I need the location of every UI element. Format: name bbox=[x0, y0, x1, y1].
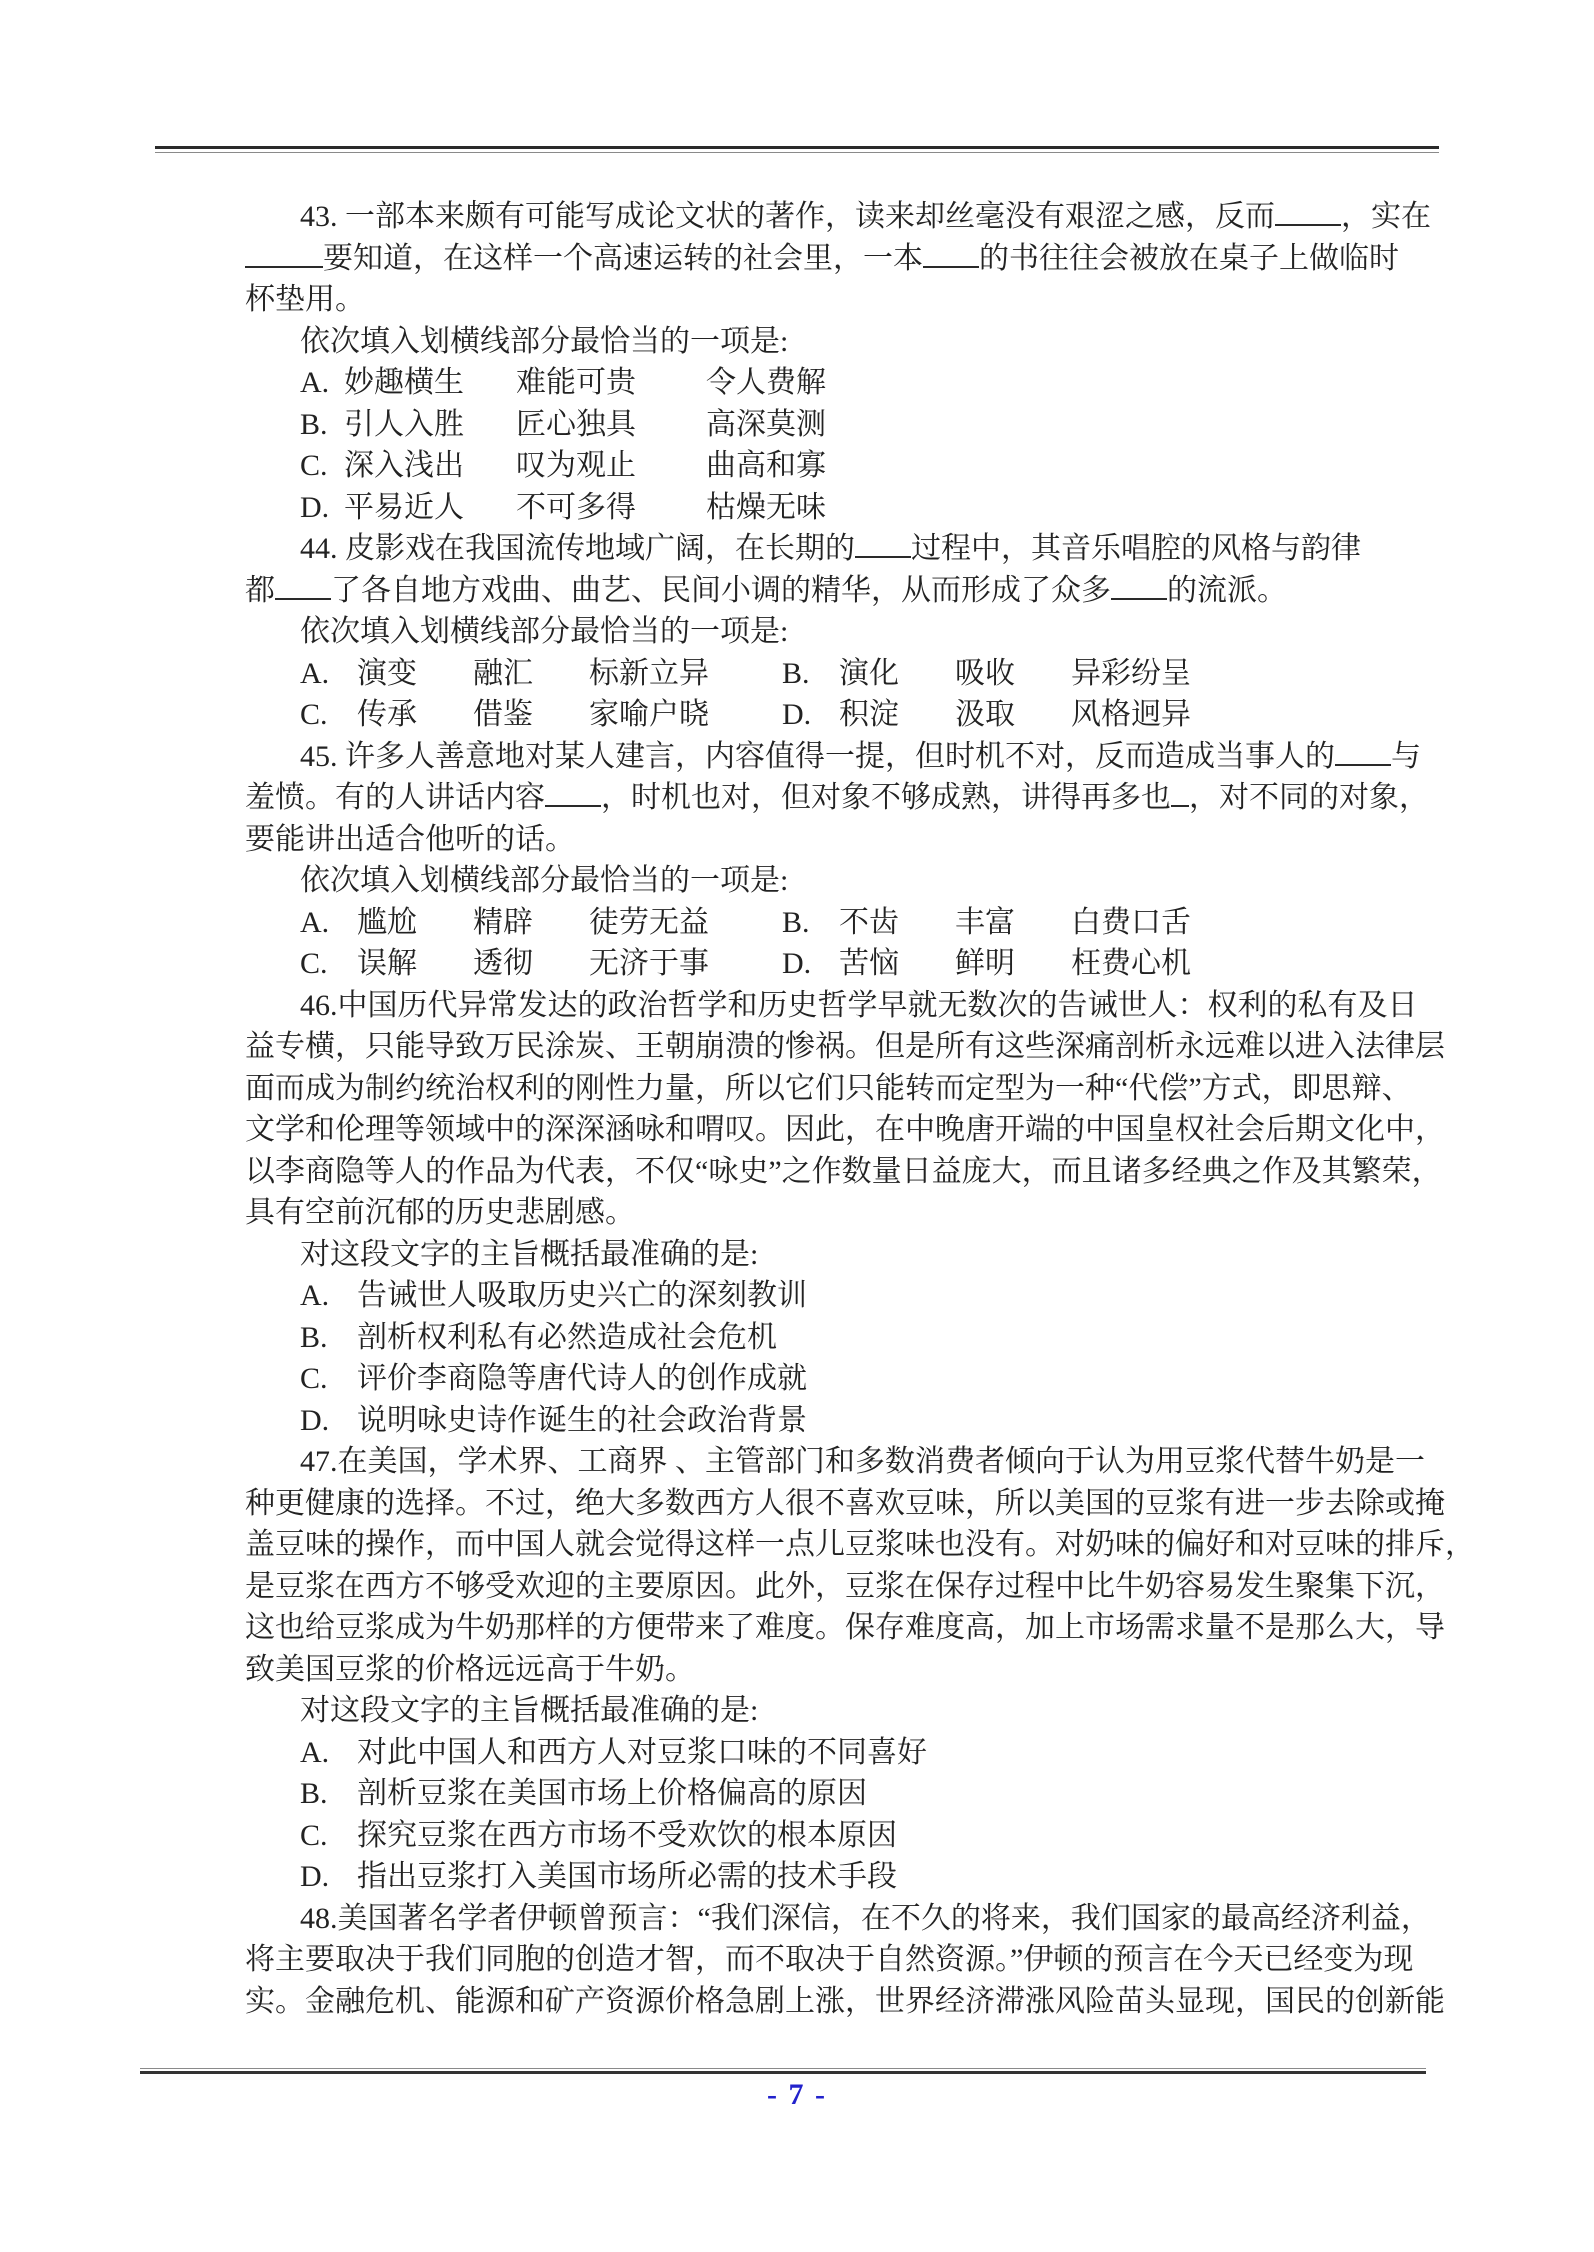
q43-line-1: 43. 一部本来颇有可能写成论文状的著作，读来却丝毫没有艰涩之感，反而，实在 bbox=[245, 196, 1445, 238]
option-label: C. bbox=[300, 1358, 357, 1400]
q46-option-a: A.告诫世人吸取历史兴亡的深刻教训 bbox=[245, 1275, 1445, 1317]
blank-underline bbox=[1335, 738, 1391, 766]
q47-option-b: B.剖析豆浆在美国市场上价格偏高的原因 bbox=[245, 1773, 1445, 1815]
option-term: 鲜明 bbox=[955, 943, 1071, 985]
text-segment: 具有空前沉郁的历史悲剧感。 bbox=[245, 1196, 635, 1229]
q44-prompt: 依次填入划横线部分最恰当的一项是: bbox=[245, 611, 1445, 653]
text-segment: ，实在 bbox=[1341, 200, 1431, 233]
blank-underline bbox=[923, 240, 979, 268]
blank-underline bbox=[1275, 198, 1341, 226]
blank-underline bbox=[1111, 572, 1167, 600]
q45-prompt: 依次填入划横线部分最恰当的一项是: bbox=[245, 860, 1445, 902]
option-term: 妙趣横生 bbox=[344, 362, 516, 404]
option-text: 剖析权利私有必然造成社会危机 bbox=[357, 1321, 777, 1354]
option-term: 不可多得 bbox=[516, 487, 706, 529]
header-rule bbox=[155, 146, 1439, 153]
prompt-text: 依次填入划横线部分最恰当的一项是: bbox=[300, 864, 788, 897]
option-term: 枉费心机 bbox=[1071, 947, 1191, 980]
q46-line-3: 面而成为制约统治权利的刚性力量，所以它们只能转而定型为一种“代偿”方式，即思辩、 bbox=[245, 1068, 1445, 1110]
blank-underline bbox=[275, 572, 331, 600]
option-label: D. bbox=[782, 943, 839, 985]
option-term: 匠心独具 bbox=[516, 404, 706, 446]
q44-line-1: 44. 皮影戏在我国流传地域广阔，在长期的过程中，其音乐唱腔的风格与韵律 bbox=[245, 528, 1445, 570]
text-segment: 要知道，在这样一个高速运转的社会里，一本 bbox=[323, 242, 923, 275]
option-label: C. bbox=[300, 694, 357, 736]
option-term: 徒劳无益 bbox=[589, 902, 782, 944]
option-label: B. bbox=[300, 404, 344, 446]
prompt-text: 对这段文字的主旨概括最准确的是: bbox=[300, 1238, 758, 1271]
option-term: 尴尬 bbox=[357, 902, 473, 944]
q46-line-5: 以李商隐等人的作品为代表，不仅“咏史”之作数量日益庞大，而且诸多经典之作及其繁荣… bbox=[245, 1151, 1445, 1193]
option-label: C. bbox=[300, 943, 357, 985]
text-segment: 43. 一部本来颇有可能写成论文状的著作，读来却丝毫没有艰涩之感，反而 bbox=[300, 200, 1275, 233]
q44-options-row-2: C.传承借鉴家喻户晓D.积淀汲取风格迥异 bbox=[245, 694, 1445, 736]
option-label: A. bbox=[300, 902, 357, 944]
option-term: 吸收 bbox=[955, 653, 1071, 695]
q43-line-3: 杯垫用。 bbox=[245, 279, 1445, 321]
text-segment: 都 bbox=[245, 574, 275, 607]
text-segment: 盖豆味的操作，而中国人就会觉得这样一点儿豆浆味也没有。对奶味的偏好和对豆味的排斥… bbox=[245, 1528, 1475, 1561]
q47-prompt: 对这段文字的主旨概括最准确的是: bbox=[245, 1690, 1445, 1732]
option-term: 高深莫测 bbox=[706, 408, 826, 441]
option-term: 误解 bbox=[357, 943, 473, 985]
option-term: 白费口舌 bbox=[1071, 906, 1191, 939]
q43-option-b: B.引人入胜匠心独具高深莫测 bbox=[245, 404, 1445, 446]
option-term: 演化 bbox=[839, 653, 955, 695]
text-segment: 的流派。 bbox=[1167, 574, 1287, 607]
q45-options-row-1: A.尴尬精辟徒劳无益B.不齿丰富白费口舌 bbox=[245, 902, 1445, 944]
q46-prompt: 对这段文字的主旨概括最准确的是: bbox=[245, 1234, 1445, 1276]
option-label: A. bbox=[300, 362, 344, 404]
option-term: 演变 bbox=[357, 653, 473, 695]
option-term: 汲取 bbox=[955, 694, 1071, 736]
text-segment: 的书往往会被放在桌子上做临时 bbox=[979, 242, 1399, 275]
option-text: 对此中国人和西方人对豆浆口味的不同喜好 bbox=[357, 1736, 927, 1769]
option-text: 探究豆浆在西方市场不受欢饮的根本原因 bbox=[357, 1819, 897, 1852]
q47-line-2: 种更健康的选择。不过，绝大多数西方人很不喜欢豆味，所以美国的豆浆有进一步去除或掩 bbox=[245, 1483, 1445, 1525]
option-term: 曲高和寡 bbox=[706, 449, 826, 482]
text-segment: 杯垫用。 bbox=[245, 283, 365, 316]
q47-line-5: 这也给豆浆成为牛奶那样的方便带来了难度。保存难度高，加上市场需求量不是那么大，导 bbox=[245, 1607, 1445, 1649]
q48-line-2: 将主要取决于我们同胞的创造才智，而不取决于自然资源。”伊顿的预言在今天已经变为现 bbox=[245, 1939, 1445, 1981]
option-term: 苦恼 bbox=[839, 943, 955, 985]
q46-line-4: 文学和伦理等领域中的深深涵咏和喟叹。因此，在中晚唐开端的中国皇权社会后期文化中， bbox=[245, 1109, 1445, 1151]
blank-underline bbox=[545, 779, 601, 807]
blank-underline bbox=[1171, 779, 1189, 807]
q46-line-6: 具有空前沉郁的历史悲剧感。 bbox=[245, 1192, 1445, 1234]
option-term: 精辟 bbox=[473, 902, 589, 944]
option-label: B. bbox=[782, 653, 839, 695]
q44-options-row-1: A.演变融汇标新立异B.演化吸收异彩纷呈 bbox=[245, 653, 1445, 695]
option-term: 家喻户晓 bbox=[589, 694, 782, 736]
q45-line-3: 要能讲出适合他听的话。 bbox=[245, 819, 1445, 861]
option-term: 融汇 bbox=[473, 653, 589, 695]
option-text: 说明咏史诗作诞生的社会政治背景 bbox=[357, 1404, 807, 1437]
q45-line-1: 45. 许多人善意地对某人建言，内容值得一提，但时机不对，反而造成当事人的与 bbox=[245, 736, 1445, 778]
text-segment: 种更健康的选择。不过，绝大多数西方人很不喜欢豆味，所以美国的豆浆有进一步去除或掩 bbox=[245, 1487, 1445, 1520]
q47-option-d: D.指出豆浆打入美国市场所必需的技术手段 bbox=[245, 1856, 1445, 1898]
option-term: 枯燥无味 bbox=[706, 491, 826, 524]
option-term: 异彩纷呈 bbox=[1071, 657, 1191, 690]
q47-option-a: A.对此中国人和西方人对豆浆口味的不同喜好 bbox=[245, 1732, 1445, 1774]
option-term: 令人费解 bbox=[706, 366, 826, 399]
option-text: 评价李商隐等唐代诗人的创作成就 bbox=[357, 1362, 807, 1395]
text-segment: 45. 许多人善意地对某人建言，内容值得一提，但时机不对，反而造成当事人的 bbox=[300, 740, 1335, 773]
text-segment: 47.在美国，学术界、工商界 、主管部门和多数消费者倾向于认为用豆浆代替牛奶是一 bbox=[300, 1445, 1425, 1478]
q47-option-c: C.探究豆浆在西方市场不受欢饮的根本原因 bbox=[245, 1815, 1445, 1857]
option-label: D. bbox=[300, 1856, 357, 1898]
q46-option-b: B.剖析权利私有必然造成社会危机 bbox=[245, 1317, 1445, 1359]
prompt-text: 依次填入划横线部分最恰当的一项是: bbox=[300, 325, 788, 358]
q48-line-3: 实。金融危机、能源和矿产资源价格急剧上涨，世界经济滞涨风险苗头显现，国民的创新能 bbox=[245, 1981, 1445, 2023]
option-label: D. bbox=[300, 487, 344, 529]
text-segment: 益专横，只能导致万民涂炭、王朝崩溃的惨祸。但是所有这些深痛剖析永远难以进入法律层 bbox=[245, 1030, 1445, 1063]
option-term: 引人入胜 bbox=[344, 404, 516, 446]
page-number: - 7 - bbox=[0, 2078, 1594, 2112]
text-segment: 是豆浆在西方不够受欢迎的主要原因。此外，豆浆在保存过程中比牛奶容易发生聚集下沉， bbox=[245, 1570, 1445, 1603]
option-term: 平易近人 bbox=[344, 487, 516, 529]
prompt-text: 依次填入划横线部分最恰当的一项是: bbox=[300, 615, 788, 648]
q46-line-1: 46.中国历代异常发达的政治哲学和历史哲学早就无数次的告诫世人：权利的私有及日 bbox=[245, 985, 1445, 1027]
option-label: B. bbox=[300, 1773, 357, 1815]
q43-option-a: A.妙趣横生难能可贵令人费解 bbox=[245, 362, 1445, 404]
text-segment: 与 bbox=[1391, 740, 1421, 773]
q43-line-2: 要知道，在这样一个高速运转的社会里，一本的书往往会被放在桌子上做临时 bbox=[245, 238, 1445, 280]
q43-prompt: 依次填入划横线部分最恰当的一项是: bbox=[245, 321, 1445, 363]
option-label: B. bbox=[782, 902, 839, 944]
text-segment: 要能讲出适合他听的话。 bbox=[245, 823, 575, 856]
option-label: C. bbox=[300, 1815, 357, 1857]
text-segment: 实。金融危机、能源和矿产资源价格急剧上涨，世界经济滞涨风险苗头显现，国民的创新能 bbox=[245, 1985, 1445, 2018]
q46-option-d: D.说明咏史诗作诞生的社会政治背景 bbox=[245, 1400, 1445, 1442]
exam-page: 43. 一部本来颇有可能写成论文状的著作，读来却丝毫没有艰涩之感，反而，实在 要… bbox=[0, 0, 1594, 2252]
option-label: A. bbox=[300, 1275, 357, 1317]
option-term: 标新立异 bbox=[589, 653, 782, 695]
text-segment: 44. 皮影戏在我国流传地域广阔，在长期的 bbox=[300, 532, 855, 565]
text-segment: 了各自地方戏曲、曲艺、民间小调的精华，从而形成了众多 bbox=[331, 574, 1111, 607]
option-label: D. bbox=[300, 1400, 357, 1442]
text-segment: 48.美国著名学者伊顿曾预言：“我们深信，在不久的将来，我们国家的最高经济利益， bbox=[300, 1902, 1431, 1935]
q46-option-c: C.评价李商隐等唐代诗人的创作成就 bbox=[245, 1358, 1445, 1400]
option-label: A. bbox=[300, 653, 357, 695]
footer-rule bbox=[140, 2068, 1426, 2074]
prompt-text: 对这段文字的主旨概括最准确的是: bbox=[300, 1694, 758, 1727]
option-text: 剖析豆浆在美国市场上价格偏高的原因 bbox=[357, 1777, 867, 1810]
option-term: 借鉴 bbox=[473, 694, 589, 736]
option-term: 无济于事 bbox=[589, 943, 782, 985]
text-segment: 46.中国历代异常发达的政治哲学和历史哲学早就无数次的告诫世人：权利的私有及日 bbox=[300, 989, 1418, 1022]
option-label: A. bbox=[300, 1732, 357, 1774]
text-segment: 文学和伦理等领域中的深深涵咏和喟叹。因此，在中晚唐开端的中国皇权社会后期文化中， bbox=[245, 1113, 1445, 1146]
option-label: B. bbox=[300, 1317, 357, 1359]
option-term: 不齿 bbox=[839, 902, 955, 944]
q47-line-6: 致美国豆浆的价格远远高于牛奶。 bbox=[245, 1649, 1445, 1691]
q47-line-1: 47.在美国，学术界、工商界 、主管部门和多数消费者倾向于认为用豆浆代替牛奶是一 bbox=[245, 1441, 1445, 1483]
exam-body: 43. 一部本来颇有可能写成论文状的著作，读来却丝毫没有艰涩之感，反而，实在 要… bbox=[245, 196, 1445, 2022]
option-term: 传承 bbox=[357, 694, 473, 736]
text-segment: ，时机也对，但对象不够成熟，讲得再多也 bbox=[601, 781, 1171, 814]
text-segment: 羞愤。有的人讲话内容 bbox=[245, 781, 545, 814]
option-term: 深入浅出 bbox=[344, 445, 516, 487]
q45-options-row-2: C.误解透彻无济于事D.苦恼鲜明枉费心机 bbox=[245, 943, 1445, 985]
blank-underline bbox=[245, 240, 323, 268]
q45-line-2: 羞愤。有的人讲话内容，时机也对，但对象不够成熟，讲得再多也，对不同的对象， bbox=[245, 777, 1445, 819]
option-term: 积淀 bbox=[839, 694, 955, 736]
text-segment: 过程中，其音乐唱腔的风格与韵律 bbox=[911, 532, 1361, 565]
option-label: D. bbox=[782, 694, 839, 736]
option-term: 透彻 bbox=[473, 943, 589, 985]
option-text: 指出豆浆打入美国市场所必需的技术手段 bbox=[357, 1860, 897, 1893]
option-term: 风格迥异 bbox=[1071, 698, 1191, 731]
q43-option-c: C.深入浅出叹为观止曲高和寡 bbox=[245, 445, 1445, 487]
option-label: C. bbox=[300, 445, 344, 487]
text-segment: 这也给豆浆成为牛奶那样的方便带来了难度。保存难度高，加上市场需求量不是那么大，导 bbox=[245, 1611, 1445, 1644]
option-term: 难能可贵 bbox=[516, 362, 706, 404]
text-segment: 面而成为制约统治权利的刚性力量，所以它们只能转而定型为一种“代偿”方式，即思辩、 bbox=[245, 1072, 1412, 1105]
text-segment: 以李商隐等人的作品为代表，不仅“咏史”之作数量日益庞大，而且诸多经典之作及其繁荣… bbox=[245, 1155, 1442, 1188]
text-segment: 将主要取决于我们同胞的创造才智，而不取决于自然资源。”伊顿的预言在今天已经变为现 bbox=[245, 1943, 1413, 1976]
q47-line-3: 盖豆味的操作，而中国人就会觉得这样一点儿豆浆味也没有。对奶味的偏好和对豆味的排斥… bbox=[245, 1524, 1445, 1566]
option-text: 告诫世人吸取历史兴亡的深刻教训 bbox=[357, 1279, 807, 1312]
q48-line-1: 48.美国著名学者伊顿曾预言：“我们深信，在不久的将来，我们国家的最高经济利益， bbox=[245, 1898, 1445, 1940]
blank-underline bbox=[855, 530, 911, 558]
q47-line-4: 是豆浆在西方不够受欢迎的主要原因。此外，豆浆在保存过程中比牛奶容易发生聚集下沉， bbox=[245, 1566, 1445, 1608]
option-term: 丰富 bbox=[955, 902, 1071, 944]
text-segment: ，对不同的对象， bbox=[1189, 781, 1429, 814]
q44-line-2: 都了各自地方戏曲、曲艺、民间小调的精华，从而形成了众多的流派。 bbox=[245, 570, 1445, 612]
text-segment: 致美国豆浆的价格远远高于牛奶。 bbox=[245, 1653, 695, 1686]
q46-line-2: 益专横，只能导致万民涂炭、王朝崩溃的惨祸。但是所有这些深痛剖析永远难以进入法律层 bbox=[245, 1026, 1445, 1068]
option-term: 叹为观止 bbox=[516, 445, 706, 487]
q43-option-d: D.平易近人不可多得枯燥无味 bbox=[245, 487, 1445, 529]
